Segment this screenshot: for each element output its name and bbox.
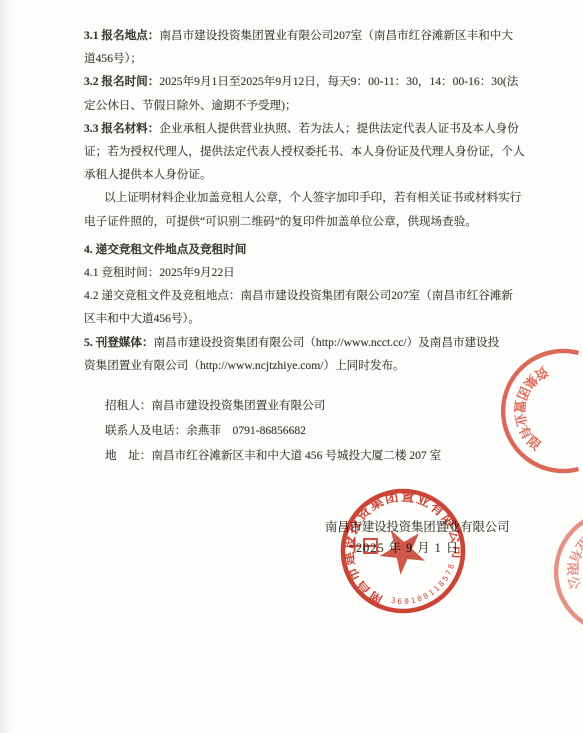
section-3-2: 3.2 报名时间：2025年9月1日至2025年9月12日，每天9：00-11：… (84, 70, 516, 116)
section-4-heading: 4. 递交竞租文件地点及竞租时间 (84, 238, 516, 261)
signature-date: 2025 年 9 月 1 日 (356, 540, 509, 557)
lessor-line: 招租人：南昌市建设投资集团置业有限公司 (105, 393, 516, 418)
paragraph-line: 4.2 递交竞租文件及竞租地点：南昌市建设投资集团有限公司207室（南昌市红谷滩… (84, 284, 516, 307)
paragraph-line: 证；若为授权代理人，提供法定代表人授权委托书、本人身份证及代理人身份证，个人 (84, 140, 516, 163)
contact-block: 招租人：南昌市建设投资集团置业有限公司 联系人及电话：余燕菲 0791-8685… (105, 393, 516, 468)
paragraph-line: 道456号）； (84, 47, 516, 70)
partial-seal-right-lower-icon: 团置业有限公 (528, 484, 583, 660)
paragraph-line: 5. 刊登媒体：南昌市建设投资集团有限公司（http://www.ncct.cc… (84, 331, 516, 354)
section-3-2-label: 3.2 报名时间： (84, 75, 159, 88)
seal-ring-text: 团置业有限公 (557, 512, 583, 601)
section-5: 5. 刊登媒体：南昌市建设投资集团有限公司（http://www.ncct.cc… (84, 331, 516, 377)
address-line: 地 址：南昌市红谷滩新区丰和中大道 456 号城投大厦二楼 207 室 (105, 443, 516, 468)
paragraph-line: 资集团置业有限公司（http://www.ncjtzhiye.com/）上同时发… (84, 354, 516, 377)
scanned-document-page: { "page": { "background": "#fdfdfb", "te… (0, 0, 583, 733)
paragraph-line: 3.3 报名材料：企业承租人提供营业执照、若为法人；提供法定代表人证书及本人身份 (84, 117, 516, 140)
seal-ring-text: 资集团置业有限 (512, 364, 551, 455)
document-body: 3.1 报名地点：南昌市建设投资集团置业有限公司207室（南昌市红谷滩新区丰和中… (84, 24, 516, 468)
signature-company: 南昌市建设投资集团置业有限公司 (325, 519, 509, 536)
section-3-1: 3.1 报名地点：南昌市建设投资集团置业有限公司207室（南昌市红谷滩新区丰和中… (84, 24, 516, 70)
note-paragraph: 以上证明材料企业加盖竞租人公章，个人签字加印手印，若有相关证书或材料实行 电子证… (84, 186, 516, 232)
scan-edge-shading (0, 0, 12, 733)
section-3-1-label: 3.1 报名地点： (84, 29, 159, 42)
section-4-1: 4.1 竞租时间：2025年9月22日 (84, 261, 516, 284)
paragraph-line: 承租人提供本人身份证。 (84, 163, 516, 186)
paragraph-line: 以上证明材料企业加盖竞租人公章，个人签字加印手印，若有相关证书或材料实行 (84, 186, 516, 209)
section-3-3-label: 3.3 报名材料： (84, 122, 159, 135)
section-4-2: 4.2 递交竞租文件及竞租地点：南昌市建设投资集团有限公司207室（南昌市红谷滩… (84, 284, 516, 330)
paragraph-line: 3.2 报名时间：2025年9月1日至2025年9月12日，每天9：00-11：… (84, 70, 516, 93)
section-5-label: 5. 刊登媒体： (84, 336, 154, 349)
section-3-3: 3.3 报名材料：企业承租人提供营业执照、若为法人；提供法定代表人证书及本人身份… (84, 117, 516, 187)
contact-phone-line: 联系人及电话：余燕菲 0791-86856682 (105, 418, 516, 443)
paragraph-line: 电子证件照的，可提供“可识别二维码”的复印件加盖单位公章，供现场查验。 (84, 210, 516, 233)
seal-ring (541, 496, 583, 633)
signature-block: 南昌市建设投资集团置业有限公司 2025 年 9 月 1 日 (325, 519, 509, 557)
paragraph-line: 定公休日、节假日除外、逾期不予受理)； (84, 94, 516, 117)
paragraph-line: 3.1 报名地点：南昌市建设投资集团置业有限公司207室（南昌市红谷滩新区丰和中… (84, 24, 516, 47)
paragraph-line: 区丰和中大道456号）。 (84, 307, 516, 330)
